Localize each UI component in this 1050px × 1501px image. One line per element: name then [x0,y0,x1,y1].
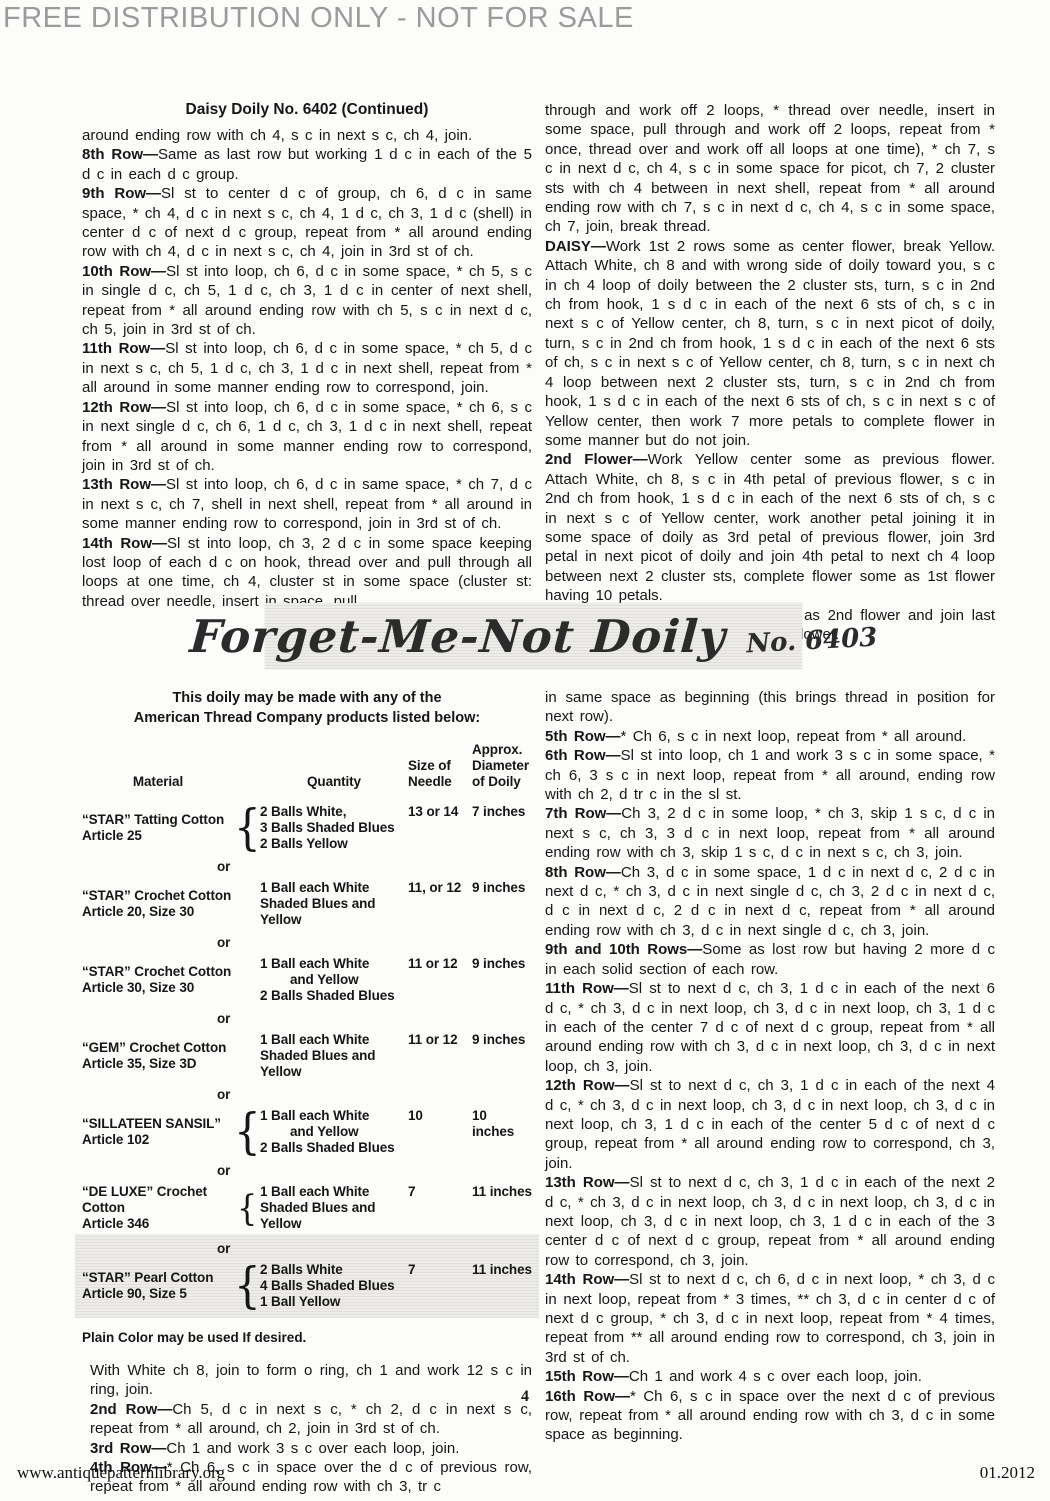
brace-icon: { [234,1190,260,1225]
pattern-paragraph: 12th Row—Sl st to next d c, ch 3, 1 d c … [545,1076,995,1173]
or-separator: or [82,1082,532,1108]
row-label: 13th Row— [545,1174,630,1191]
row-label: 13th Row— [82,476,166,493]
table-row: “STAR” Crochet Cotton Article 20, Size 3… [82,880,532,928]
pattern-paragraph: 11th Row—Sl st to next d c, ch 3, 1 d c … [545,979,995,1076]
pattern-paragraph: 13th Row—Sl st to next d c, ch 3, 1 d c … [545,1173,995,1270]
needle-cell: 7 [408,1262,472,1278]
or-separator: or [82,930,532,956]
column-header-diameter: Approx. Diameter of Doily [472,742,532,790]
table-row: “DE LUXE” Crochet Cotton Article 346 { 1… [82,1184,532,1232]
section-title-daisy-doily: Daisy Doily No. 6402 (Continued) [82,101,532,119]
row-label: 6th Row— [545,747,621,764]
or-separator: or [82,1236,532,1262]
quantity-cell: 1 Ball each White Shaded Blues and Yello… [260,1032,408,1080]
needle-cell: 11 or 12 [408,956,472,972]
brace-icon: { [234,1262,260,1310]
needle-cell: 7 [408,1184,472,1200]
pattern-paragraph: 10th Row—Sl st into loop, ch 6, d c in s… [82,262,532,340]
row-label: 14th Row— [545,1271,629,1288]
pattern-paragraph: 12th Row—Sl st into loop, ch 6, d c in s… [82,398,532,476]
row-label: 11th Row— [545,980,629,997]
column-header-needle: Size of Needle [408,758,472,790]
row-instructions: Ch 1 and work 4 s c over each loop, join… [629,1368,922,1385]
table-header-row: Material Quantity Size of Needle Approx.… [82,742,532,790]
pattern-paragraph: 9th and 10th Rows—Some as lost row but h… [545,940,995,979]
table-row: “STAR” Crochet Cotton Article 30, Size 3… [82,956,532,1004]
row-label: 2nd Flower— [545,451,648,468]
brace-icon: { [234,804,260,852]
plain-color-note: Plain Color may be used If desired. [82,1330,532,1345]
pattern-paragraph: 15th Row—Ch 1 and work 4 s c over each l… [545,1367,995,1386]
pattern-paragraph: in same space as beginning (this brings … [545,688,995,727]
pattern-paragraph: 3rd Row—Ch 1 and work 3 s c over each lo… [90,1439,532,1458]
or-separator: or [82,1158,532,1184]
doily-title-script: Forget-Me-Not Doily [188,610,728,663]
table-row: “GEM” Crochet Cotton Article 35, Size 3D… [82,1032,532,1080]
column-header-quantity: Quantity [260,774,408,790]
diameter-cell: 11 inches [472,1184,532,1200]
row-instructions: Ch 1 and work 3 s c over each loop, join… [166,1440,459,1457]
row-instructions: around ending row with ch 4, s c in next… [82,127,472,144]
shaded-scan-area: or “STAR” Pearl Cotton Article 90, Size … [75,1234,539,1318]
left-column: Daisy Doily No. 6402 (Continued) around … [82,101,532,644]
table-row: “STAR” Tatting Cotton Article 25 { 2 Bal… [82,804,532,852]
pattern-paragraph: 13th Row—Sl st into loop, ch 6, d c in s… [82,475,532,533]
daisy-right-paragraphs: through and work off 2 loops, * thread o… [545,101,995,644]
or-separator: or [82,1006,532,1032]
quantity-cell: 2 Balls White, 3 Balls Shaded Blues 2 Ba… [260,804,408,852]
row-label: DAISY— [545,238,606,255]
pattern-paragraph: 14th Row—Sl st to next d c, ch 6, d c in… [545,1270,995,1367]
row-label: 10th Row— [82,263,166,280]
right-column: in same space as beginning (this brings … [545,688,995,1497]
diameter-cell: 11 inches [472,1262,532,1278]
pattern-paragraph: 8th Row—Same as last row but working 1 d… [82,145,532,184]
right-column: through and work off 2 loops, * thread o… [545,101,995,644]
material-cell: “STAR” Pearl Cotton Article 90, Size 5 [82,1270,234,1302]
row-instructions: Work Yellow center some as previous flow… [545,451,995,604]
table-intro: This doily may be made with any of the A… [82,688,532,728]
row-label: 15th Row— [545,1368,629,1385]
brace-icon: { [234,1108,260,1156]
footer: www.antiquepatternlibrary.org 01.2012 [0,1463,1050,1483]
row-label: 14th Row— [82,535,167,552]
free-distribution-banner: FREE DISTRIBUTION ONLY - NOT FOR SALE [3,2,634,35]
material-cell: “STAR” Crochet Cotton Article 20, Size 3… [82,888,234,920]
quantity-cell: 1 Ball each White and Yellow 2 Balls Sha… [260,956,408,1004]
needle-cell: 11, or 12 [408,880,472,896]
pattern-paragraph: 7th Row—Ch 3, 2 d c in some loop, * ch 3… [545,804,995,862]
pattern-paragraph: through and work off 2 loops, * thread o… [545,101,995,237]
quantity-cell: 1 Ball each White Shaded Blues and Yello… [260,1184,408,1232]
diameter-cell: 9 inches [472,1032,532,1048]
material-cell: “GEM” Crochet Cotton Article 35, Size 3D [82,1040,234,1072]
pattern-paragraph: 9th Row—Sl st to center d c of group, ch… [82,184,532,262]
page-number: 4 [0,1388,1050,1406]
material-cell: “STAR” Crochet Cotton Article 30, Size 3… [82,964,234,996]
row-label: 12th Row— [82,399,166,416]
row-label: 12th Row— [545,1077,630,1094]
daisy-left-paragraphs: around ending row with ch 4, s c in next… [82,126,532,611]
forget-right-paragraphs: in same space as beginning (this brings … [545,688,995,1445]
row-label: 7th Row— [545,805,621,822]
scanned-pattern-page: FREE DISTRIBUTION ONLY - NOT FOR SALE Da… [0,0,1050,1501]
daisy-doily-section: Daisy Doily No. 6402 (Continued) around … [82,101,995,644]
doily-title-banner: Forget-Me-Not Doily No. 6403 [265,603,802,669]
intro-line-1: This doily may be made with any of the [110,688,504,708]
materials-table: Material Quantity Size of Needle Approx.… [82,742,532,1318]
table-row: “SILLATEEN SANSIL” Article 102 { 1 Ball … [82,1108,532,1156]
column-header-material: Material [82,774,234,790]
pattern-paragraph: 5th Row—* Ch 6, s c in next loop, repeat… [545,727,995,746]
diameter-cell: 10 inches [472,1108,532,1140]
row-instructions: * Ch 6, s c in next loop, repeat from * … [621,728,967,745]
pattern-paragraph: 11th Row—Sl st into loop, ch 6, d c in s… [82,339,532,397]
row-label: 11th Row— [82,340,165,357]
doily-number: No. 6403 [745,613,878,660]
quantity-cell: 2 Balls White 4 Balls Shaded Blues 1 Bal… [260,1262,408,1310]
row-label: 9th and 10th Rows— [545,941,702,958]
pattern-paragraph: 2nd Flower—Work Yellow center some as pr… [545,450,995,605]
table-row: “STAR” Pearl Cotton Article 90, Size 5 {… [82,1262,532,1310]
row-label: 8th Row— [545,864,621,881]
pattern-paragraph: DAISY—Work 1st 2 rows some as center flo… [545,237,995,450]
material-cell: “STAR” Tatting Cotton Article 25 [82,812,234,844]
diameter-cell: 7 inches [472,804,532,820]
material-cell: “DE LUXE” Crochet Cotton Article 346 [82,1184,234,1232]
pattern-paragraph: around ending row with ch 4, s c in next… [82,126,532,145]
needle-cell: 11 or 12 [408,1032,472,1048]
quantity-cell: 1 Ball each White Shaded Blues and Yello… [260,880,408,928]
row-label: 5th Row— [545,728,621,745]
diameter-cell: 9 inches [472,880,532,896]
row-instructions: in same space as beginning (this brings … [545,689,995,725]
pattern-paragraph: 8th Row—Ch 3, d c in some space, 1 d c i… [545,863,995,941]
left-column: This doily may be made with any of the A… [82,688,532,1497]
pattern-paragraph: 6th Row—Sl st into loop, ch 1 and work 3… [545,746,995,804]
material-cell: “SILLATEEN SANSIL” Article 102 [82,1116,234,1148]
needle-cell: 13 or 14 [408,804,472,820]
footer-url: www.antiquepatternlibrary.org [17,1463,225,1483]
footer-date: 01.2012 [980,1463,1035,1483]
intro-line-2: American Thread Company products listed … [110,708,504,728]
needle-cell: 10 [408,1108,472,1124]
or-separator: or [82,854,532,880]
row-label: 8th Row— [82,146,158,163]
diameter-cell: 9 inches [472,956,532,972]
row-label: 3rd Row— [90,1440,166,1457]
row-instructions: through and work off 2 loops, * thread o… [545,102,995,235]
pattern-paragraph: 14th Row—Sl st into loop, ch 3, 2 d c in… [82,534,532,612]
quantity-cell: 1 Ball each White and Yellow 2 Balls Sha… [260,1108,408,1156]
forget-me-not-section: This doily may be made with any of the A… [82,688,995,1497]
row-instructions: Work 1st 2 rows some as center flower, b… [545,238,995,449]
row-label: 9th Row— [82,185,161,202]
